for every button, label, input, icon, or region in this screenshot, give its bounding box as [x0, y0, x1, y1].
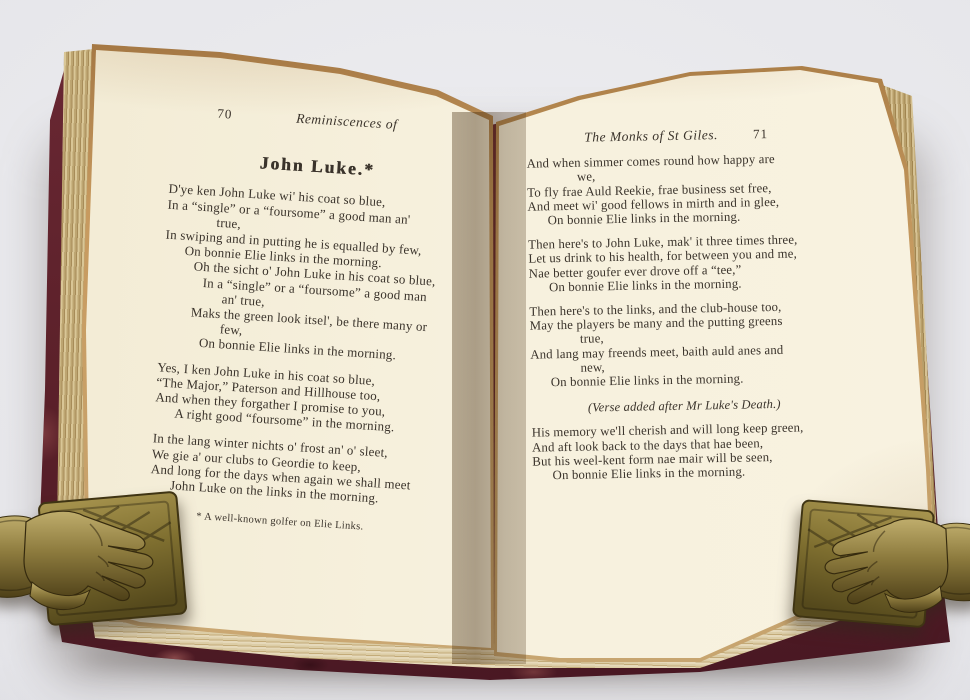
stanza: Then here's to the links, and the club-h…: [515, 299, 851, 391]
right-page-text: The Monks of St Giles. 71 And when simme…: [512, 126, 853, 484]
stanza: D'ye ken John Luke wi' his coat so blue,…: [145, 180, 477, 367]
stanza: Yes, I ken John Luke in his coat so blue…: [140, 358, 465, 439]
page-number-71: 71: [753, 127, 768, 141]
stanza: His memory we'll cherish and will long k…: [518, 420, 853, 483]
brass-hand-weight-left: [0, 484, 196, 644]
brass-hand-weight-right: [784, 490, 970, 648]
verse-note: (Verse added after Mr Luke's Death.): [517, 396, 851, 417]
stanza: And when simmer comes round how happy ar…: [512, 151, 847, 228]
page-number-70: 70: [217, 106, 233, 122]
stanza: Then here's to John Luke, mak' it three …: [514, 232, 849, 295]
poem-title: John Luke.*: [156, 149, 478, 184]
running-header-right: The Monks of St Giles.: [584, 128, 718, 145]
book-photo: 70 Reminiscences of John Luke.* D'ye ken…: [0, 0, 970, 700]
left-page-text: 70 Reminiscences of John Luke.* D'ye ken…: [134, 102, 482, 541]
